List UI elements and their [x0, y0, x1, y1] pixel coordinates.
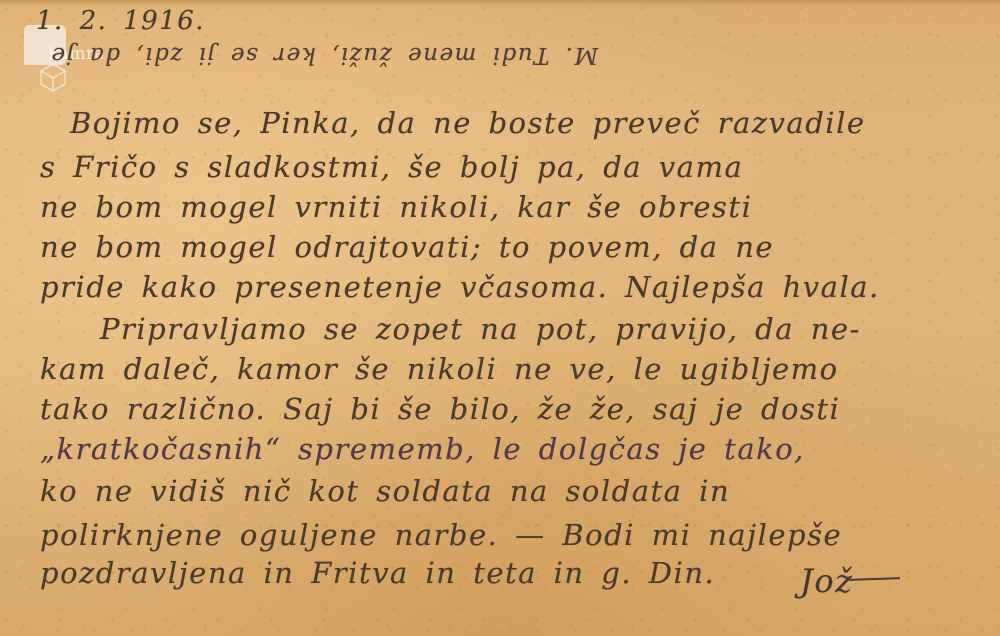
- text-line-9: „kratkočasnih“ sprememb, le dolgčas je t…: [40, 432, 805, 466]
- text-line-10: ko ne vidiš nič kot soldata na soldata i…: [40, 474, 730, 508]
- date-heading: 1. 2. 1916.: [36, 6, 205, 36]
- upside-down-line: M. Tudi mene žuži, ker se ji zdi, da je: [50, 42, 900, 68]
- postcard: kamra 1. 2. 1916. M. Tudi mene žuži, ker…: [0, 0, 1000, 636]
- text-line-2: s Fričo s sladkostmi, še bolj pa, da vam…: [40, 150, 743, 184]
- text-line-11: polirknjene oguljene narbe. — Bodi mi na…: [40, 518, 842, 552]
- text-line-12: pozdravljena in Fritva in teta in g. Din…: [40, 556, 715, 590]
- text-line-1: Bojimo se, Pinka, da ne boste preveč raz…: [70, 106, 866, 140]
- signature-underline: [848, 577, 900, 581]
- text-line-6: Pripravljamo se zopet na pot, pravijo, d…: [100, 312, 861, 346]
- text-line-5: pride kako presenetenje včasoma. Najlepš…: [40, 270, 880, 304]
- text-line-4: ne bom mogel odrajtovati; to povem, da n…: [40, 230, 774, 264]
- text-line-3: ne bom mogel vrniti nikoli, kar še obres…: [40, 190, 752, 224]
- text-line-7: kam daleč, kamor še nikoli ne ve, le ugi…: [40, 352, 839, 386]
- signature: Jož: [800, 562, 853, 600]
- text-line-8: tako različno. Saj bi še bilo, že že, sa…: [40, 392, 840, 426]
